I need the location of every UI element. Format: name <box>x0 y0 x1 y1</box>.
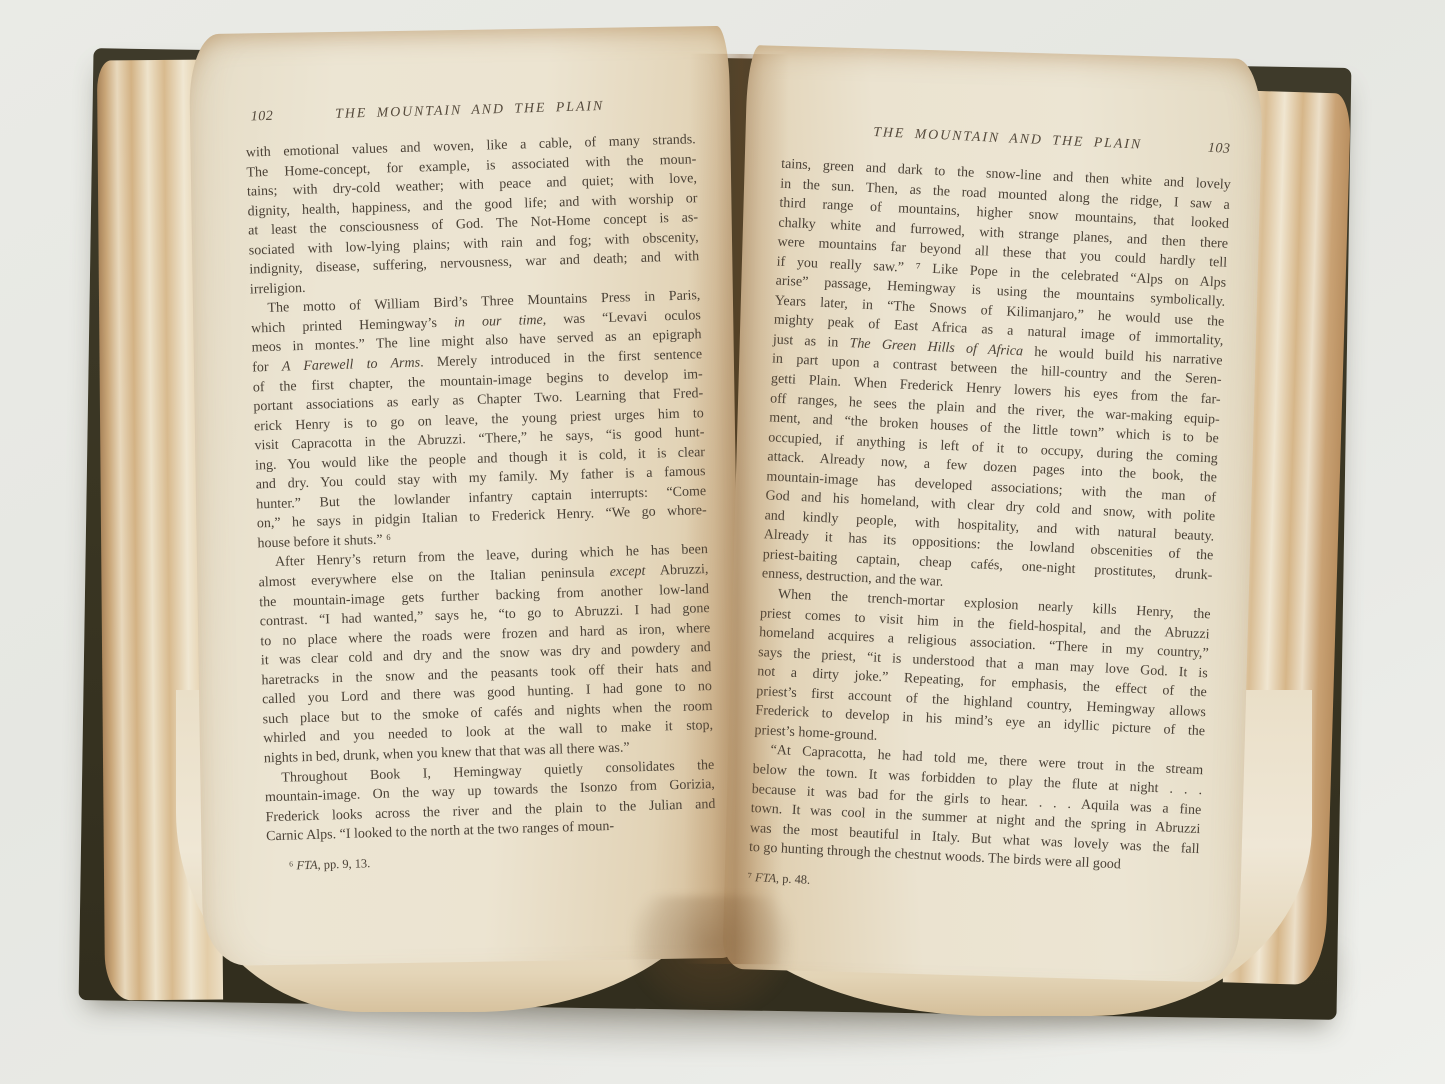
paragraph: The motto of William Bird’s Three Mounta… <box>250 287 707 554</box>
right-running-header: THE MOUNTAIN AND THE PLAIN <box>783 120 1233 157</box>
paragraph: When the trench-mortar explosion nearly … <box>754 584 1211 761</box>
right-page-text: THE MOUNTAIN AND THE PLAIN 103 tains, gr… <box>747 120 1233 906</box>
paragraph: “At Capracotta, he had told me, there we… <box>749 740 1204 878</box>
right-page: THE MOUNTAIN AND THE PLAIN 103 tains, gr… <box>722 45 1264 983</box>
left-page-text: 102 THE MOUNTAIN AND THE PLAIN with emot… <box>245 95 718 874</box>
paragraph: After Henry’s return from the leave, dur… <box>258 541 714 769</box>
left-page-number: 102 <box>251 109 274 126</box>
paragraph: with emotional values and woven, like a … <box>246 130 700 300</box>
right-page-number: 103 <box>1208 141 1231 158</box>
book-photo: 102 THE MOUNTAIN AND THE PLAIN with emot… <box>0 0 1445 1084</box>
paragraph: Throughout Book I, Hemingway quietly con… <box>264 755 716 847</box>
left-page: 102 THE MOUNTAIN AND THE PLAIN with emot… <box>189 26 744 966</box>
footnote: ⁶ FTA, pp. 9, 13. <box>267 845 717 874</box>
left-page-header: 102 THE MOUNTAIN AND THE PLAIN <box>245 95 695 128</box>
paragraph: tains, green and dark to the snow-line a… <box>761 155 1231 606</box>
right-page-header: THE MOUNTAIN AND THE PLAIN 103 <box>782 120 1232 161</box>
left-running-header: THE MOUNTAIN AND THE PLAIN <box>245 95 695 124</box>
